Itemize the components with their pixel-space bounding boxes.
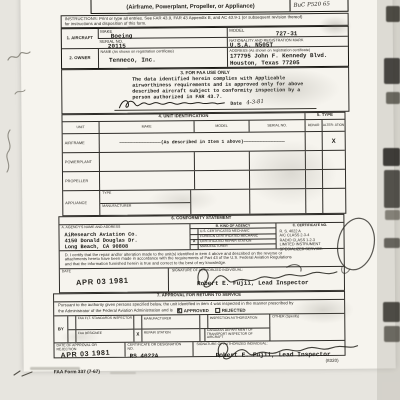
scanned-faa-form-337: (Airframe, Powerplant, Propeller, or App…	[0, 0, 400, 400]
kind-row-4: MANUFACTURER	[191, 244, 276, 249]
approval-cert-label: CERTIFICATE OR DESIGNATION NO.	[127, 343, 183, 351]
margin-pencil-mark	[2, 128, 16, 176]
propeller-row: PROPELLER	[63, 170, 345, 191]
kind-1-checkbox	[190, 229, 198, 233]
faa-inspector-label: FAA FLT. STANDARDS INSPECTOR	[76, 316, 132, 329]
airframe-label: AIRFRAME	[63, 134, 99, 152]
owner-address-line2: Houston, Texas 77205	[230, 59, 300, 67]
by-cell-inspection-auth: INSPECTION AUTHORIZATION	[200, 314, 269, 328]
airframe-alteration-mark: X	[322, 132, 345, 150]
scan-noise-streak	[110, 372, 136, 374]
appliance-model-cell	[190, 190, 249, 215]
owner-name-label: NAME (As shown on registration certifica…	[100, 49, 174, 54]
kind-4-checkbox	[191, 245, 199, 249]
powerplant-make-cell	[99, 152, 194, 171]
aircraft-section-label: 1. AIRCRAFT	[67, 36, 93, 41]
aircraft-row: 1. AIRCRAFT MAKE Boeing MODEL 727-31	[62, 27, 348, 49]
propeller-make-cell	[99, 171, 194, 190]
faa-form-337: (Airframe, Powerplant, Propeller, or App…	[46, 0, 357, 369]
faa-inspector-checkbox	[68, 316, 76, 329]
scan-artifact	[383, 302, 400, 322]
col-unit: UNIT	[63, 122, 99, 133]
conformity-date-signature-row: DATE APR 03 1981 SIGNATURE OF AUTHORIZED…	[60, 267, 344, 292]
aircraft-owner-table: 1. AIRCRAFT MAKE Boeing MODEL 727-31	[61, 26, 349, 70]
appliance-label: APPLIANCE	[63, 191, 99, 215]
rejected-checkbox	[215, 308, 220, 313]
appliance-type-label: TYPE	[100, 190, 190, 203]
by-cell-repair-station: X REPAIR STATION	[134, 329, 199, 342]
conformity-date-label: DATE	[62, 270, 71, 274]
propeller-serial-cell	[249, 170, 305, 188]
by-label: BY	[54, 316, 67, 342]
powerplant-repair-cell	[305, 151, 322, 169]
conformity-columns: A. AGENCY'S NAME AND ADDRESS AiResearch …	[59, 223, 343, 251]
propeller-model-cell	[194, 171, 249, 189]
owner-name-value: Tenneco, Inc.	[109, 56, 156, 63]
airframe-row: AIRFRAME ———————————————(As described in…	[63, 132, 345, 153]
col-serial: SERIAL NO.	[249, 120, 305, 131]
powerplant-serial-cell	[249, 151, 305, 169]
agency-name-lines: AiResearch Aviation Co. 4150 Donald Doug…	[64, 231, 137, 251]
faa-use-only-box: 3. FOR FAA USE ONLY The data identified …	[61, 67, 349, 115]
approval-cert-cell: CERTIFICATE OR DESIGNATION NO. RS 4022A	[124, 342, 192, 357]
approved-checkbox: X	[177, 308, 182, 313]
model-label: MODEL	[229, 28, 244, 33]
by-col-a: FAA FLT. STANDARDS INSPECTOR FAA DESIGNE…	[67, 316, 133, 343]
approval-signature-cell: SIGNATURE OF AUTHORIZED INDIVIDUAL: Robe…	[192, 341, 344, 356]
unit-identification-table: 4. UNIT IDENTIFICATION 5. TYPE UNIT MAKE…	[61, 112, 346, 216]
kind-of-agency-cell: B. KIND OF AGENCY U.S. CERTIFICATED MECH…	[189, 223, 275, 249]
scan-artifact	[385, 210, 400, 220]
by-cell-faa-designee: FAA DESIGNEE	[68, 329, 133, 342]
canadian-dept-checkbox	[200, 329, 205, 342]
inspection-auth-label: INSPECTION AUTHORIZATION	[208, 315, 257, 328]
margin-pencil-mark	[6, 46, 32, 66]
approval-cert-value: RS 4022A	[130, 352, 159, 359]
form-subtitle: (Airframe, Powerplant, Propeller, or App…	[126, 4, 254, 11]
airframe-repair-mark	[305, 132, 322, 150]
aircraft-fields: MAKE Boeing MODEL 727-31 SERIAL NO.	[98, 27, 348, 48]
appliance-subcol: TYPE MANUFACTURER	[99, 190, 190, 215]
appliance-row: APPLIANCE TYPE MANUFACTURER	[63, 189, 345, 215]
appliance-repair-cell	[305, 189, 322, 213]
scan-artifact	[386, 6, 400, 22]
conformity-date-cell: DATE APR 03 1981	[60, 268, 168, 292]
kind-4-label: MANUFACTURER	[199, 245, 228, 249]
appliance-manufacturer-label: MANUFACTURER	[100, 203, 190, 215]
agency-line3: Long Beach, CA 90808	[65, 244, 138, 251]
approval-date-cell: DATE OF APPROVAL OR REJECTION APR 03 198…	[54, 343, 124, 358]
faa-designee-checkbox	[68, 330, 76, 343]
scan-noise-streak	[30, 367, 80, 370]
form-title-cell: (Airframe, Powerplant, Propeller, or App…	[91, 0, 289, 13]
owner-name-cell: NAME (As shown on registration certifica…	[98, 48, 227, 68]
form-title-box: (Airframe, Powerplant, Propeller, or App…	[90, 0, 348, 14]
model-cell: MODEL 727-31	[227, 27, 348, 37]
scan-artifact	[384, 170, 400, 208]
conformity-date-stamp: APR 03 1981	[76, 276, 129, 287]
col-make: MAKE	[99, 121, 194, 133]
faa-use-header: 3. FOR FAA USE ONLY	[62, 68, 348, 76]
inspection-auth-checkbox	[200, 315, 208, 328]
approval-bottom-row: DATE OF APPROVAL OR REJECTION APR 03 198…	[54, 340, 344, 358]
conformity-statement-section: 6. CONFORMITY STATEMENT A. AGENCY'S NAME…	[58, 214, 345, 293]
office-id-cell: OFFICE IDENTIFICATION BuC P520 65	[289, 0, 347, 11]
serial-cell: SERIAL NO. 20115	[98, 38, 227, 48]
scan-artifact	[384, 238, 400, 248]
propeller-alteration-cell	[322, 170, 345, 188]
owner-address-cell: ADDRESS (As shown on registration certif…	[227, 47, 348, 67]
faa-use-date-handwritten: 4-3-81	[246, 99, 264, 107]
col-alteration: ALTER- ATION	[322, 120, 345, 131]
agency-name-label: A. AGENCY'S NAME AND ADDRESS	[61, 226, 120, 230]
by-cell-manufacturer: MANUFACTURER	[134, 315, 199, 329]
col-repair: REPAIR	[305, 120, 322, 131]
col-model: MODEL	[194, 121, 249, 132]
propeller-label: PROPELLER	[63, 172, 99, 190]
form-number: FAA Form 337 (7-67)	[54, 370, 100, 375]
repair-station-checkbox: X	[134, 329, 142, 342]
approved-label: APPROVED	[184, 308, 209, 313]
cert-line5: SPECIALIZED SERVICE.	[280, 247, 323, 252]
aircraft-section-cell: 1. AIRCRAFT	[62, 29, 98, 48]
pursuant-line2: the Administrator of the Federal Aviatio…	[58, 308, 173, 314]
repair-station-label: REPAIR STATION	[142, 329, 170, 342]
office-code: (8320)	[326, 358, 339, 363]
propeller-repair-cell	[305, 170, 322, 188]
conformity-signature-cell: SIGNATURE OF AUTHORIZED INDIVIDUAL: Robe…	[168, 267, 344, 292]
type-header: 5. TYPE	[304, 113, 344, 119]
appliance-serial-cell	[249, 189, 305, 213]
manufacturer-label: MANUFACTURER	[142, 315, 171, 328]
agency-name-cell: A. AGENCY'S NAME AND ADDRESS AiResearch …	[59, 224, 189, 250]
faa-use-date-label: Date	[230, 102, 242, 107]
scan-artifact	[383, 148, 400, 166]
make-cell: MAKE Boeing	[98, 28, 227, 38]
margin-pencil-mark	[14, 88, 26, 96]
paper-sheet: (Airframe, Powerplant, Propeller, or App…	[20, 0, 395, 372]
by-col-b: MANUFACTURER X REPAIR STATION	[133, 315, 199, 342]
scan-artifact	[386, 92, 400, 104]
approval-section: 7. APPROVAL FOR RETURN TO SERVICE Pursua…	[53, 291, 346, 359]
powerplant-label: POWERPLANT	[63, 153, 99, 171]
conformity-signature-scrawl	[191, 261, 341, 292]
powerplant-row: POWERPLANT	[63, 151, 345, 172]
rejected-label: REJECTED	[222, 308, 246, 313]
certificate-no-lines: R. S. 4022 A A/C CLASS 2-3-4 RADIO CLASS…	[279, 229, 323, 252]
manufacturer-checkbox	[134, 316, 142, 329]
scan-artifact	[384, 326, 400, 342]
kind-3-checkbox: X	[191, 240, 199, 244]
powerplant-alteration-cell	[322, 151, 345, 169]
approved-checkbox-mark: X	[177, 308, 180, 315]
owner-section-cell: 2. OWNER	[62, 49, 98, 68]
faa-designee-label: FAA DESIGNEE	[76, 329, 102, 342]
powerplant-model-cell	[194, 152, 249, 170]
form-footer: FAA Form 337 (7-67) (8320)	[54, 358, 346, 379]
scan-artifact	[384, 58, 400, 84]
owner-row: 2. OWNER NAME (As shown on registration …	[62, 47, 348, 68]
kind-2-checkbox	[191, 235, 199, 239]
by-cell-faa-inspector: FAA FLT. STANDARDS INSPECTOR	[68, 316, 133, 330]
other-label: OTHER (Specify)	[272, 315, 299, 319]
registration-cell: NATIONALITY AND REGISTRATION MARK U.S.A.…	[227, 37, 348, 47]
office-id-handwritten-value: BuC P520 65	[293, 1, 330, 9]
airframe-span-text: ———————————————(As described in Item 1 a…	[99, 132, 305, 152]
owner-section-label: 2. OWNER	[69, 56, 90, 61]
